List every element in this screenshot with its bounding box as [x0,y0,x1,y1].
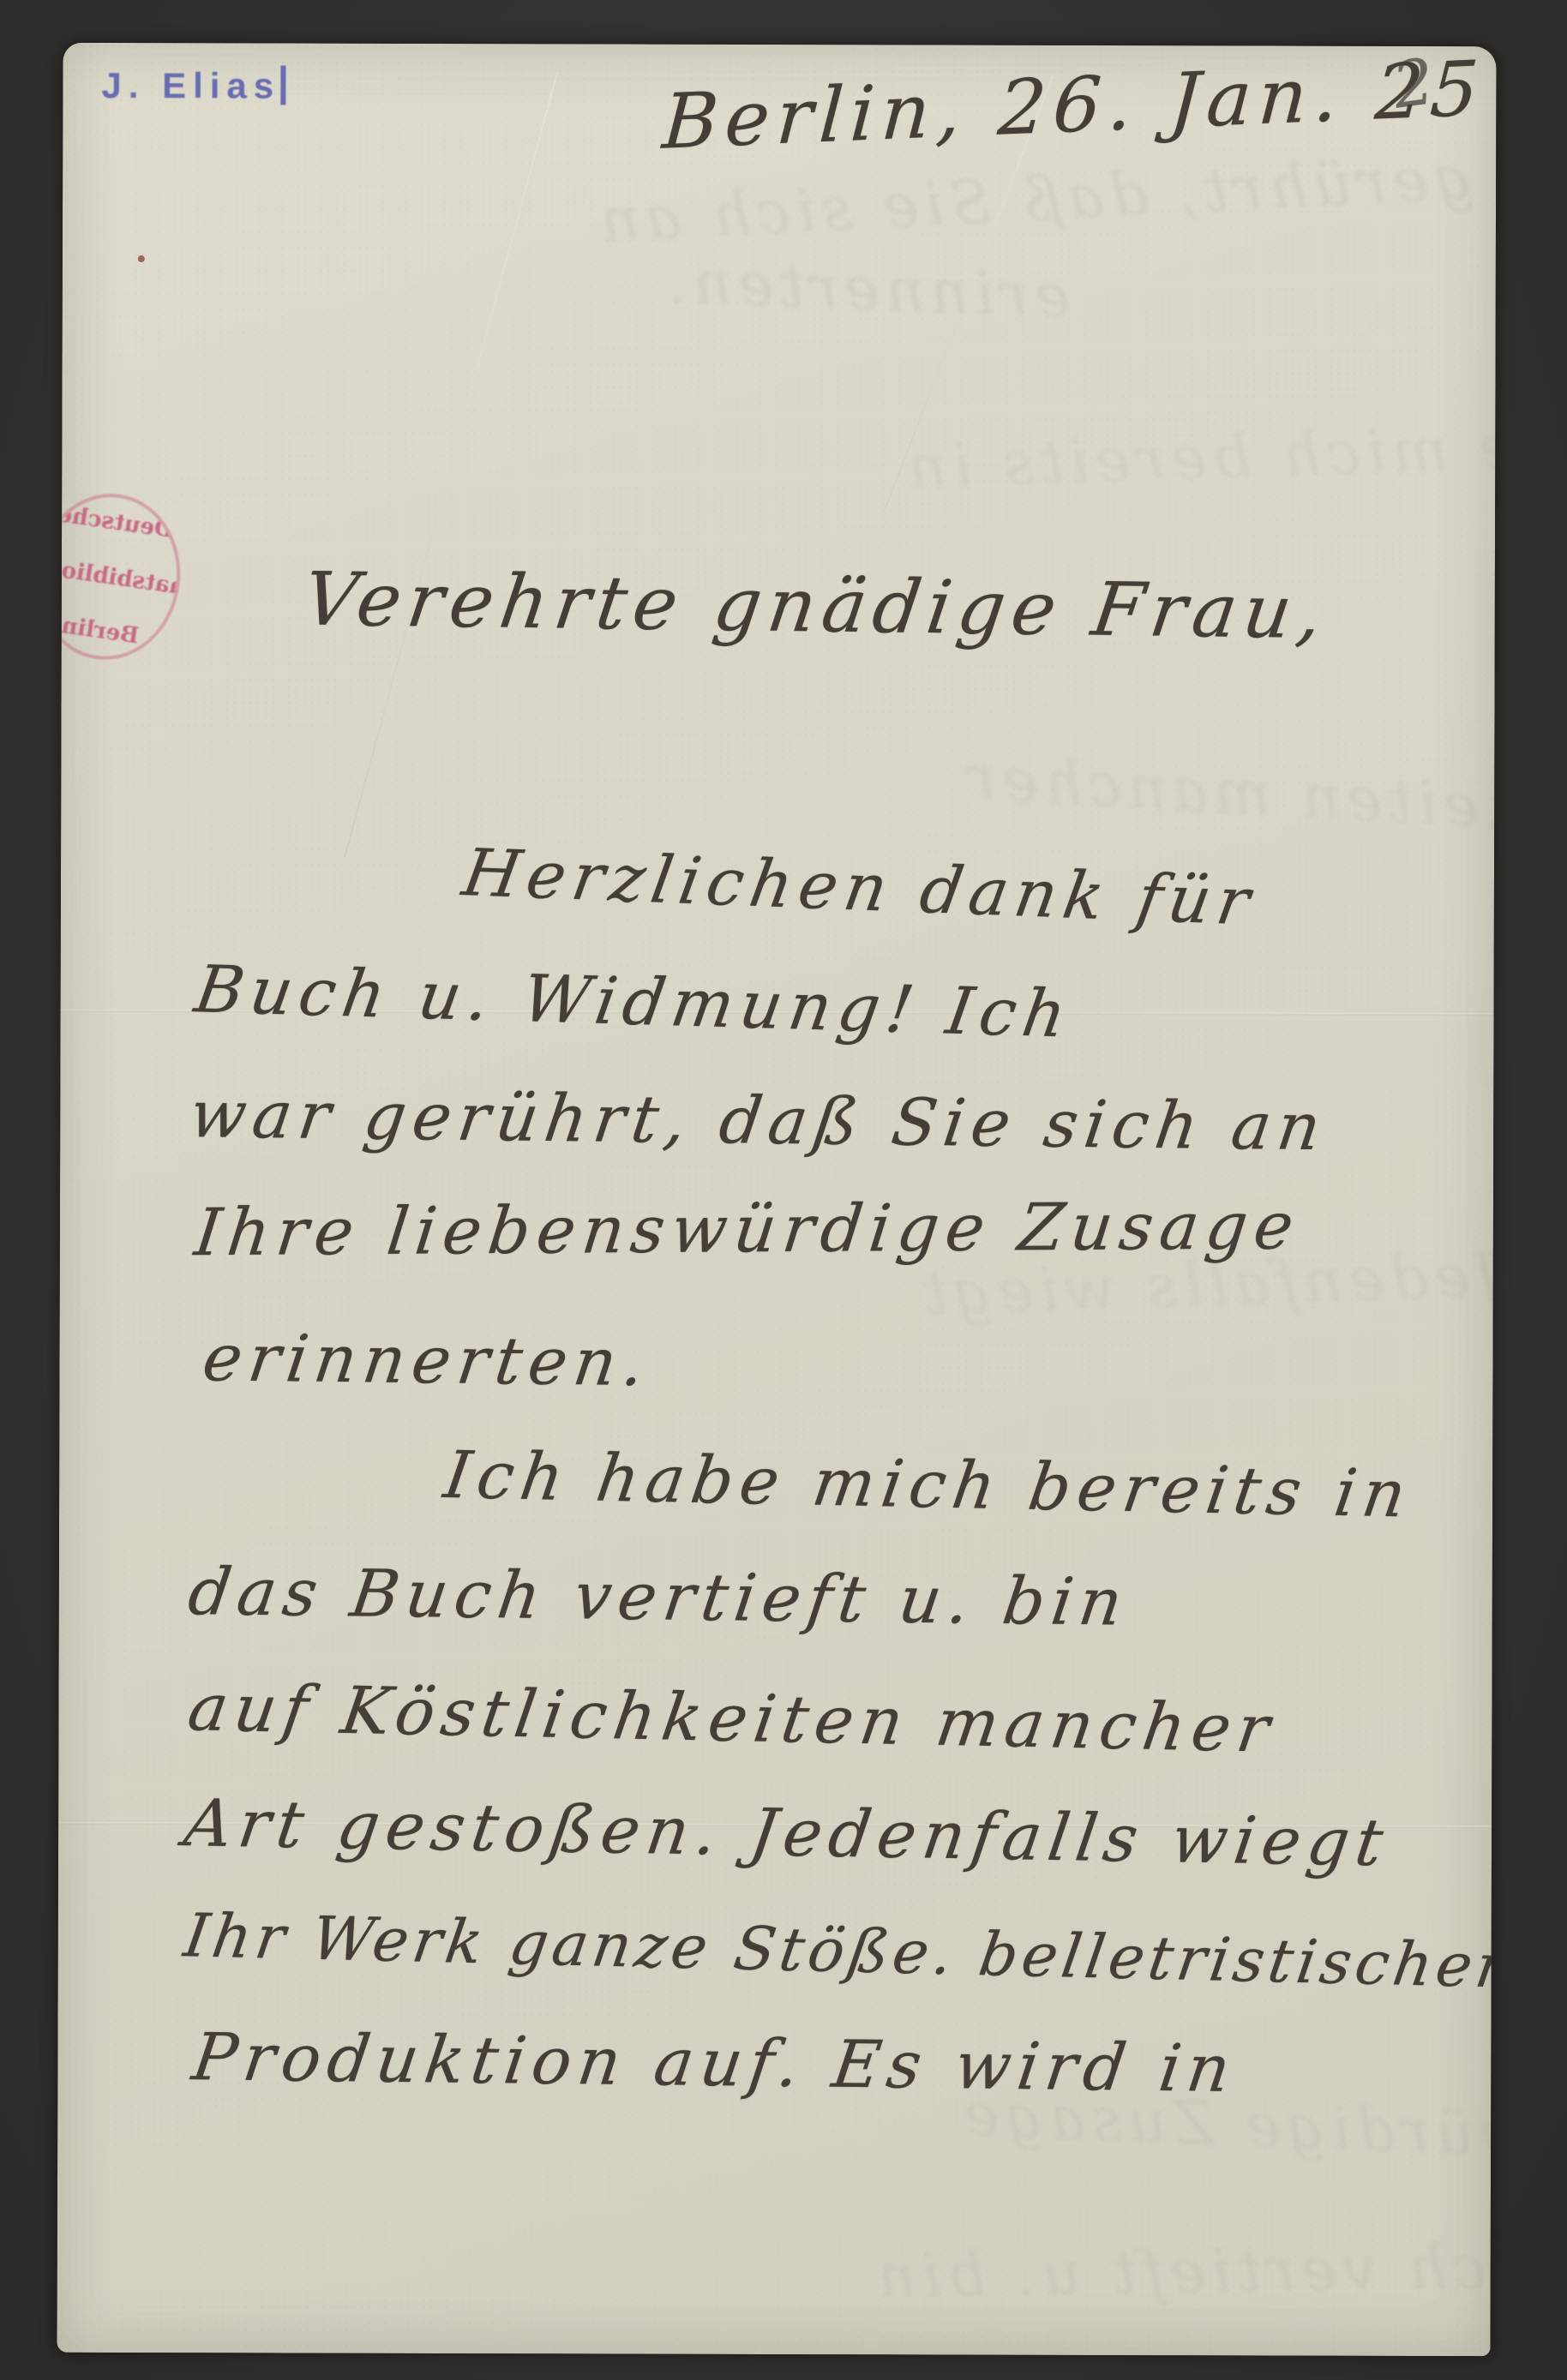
body-line: das Buch vertieft u. bin [184,1554,1133,1640]
body-line: auf Köstlichkeiten mancher [183,1670,1281,1766]
diagonal-crease [344,71,558,858]
body-line: Buch u. Widmung! Ich [190,951,1078,1051]
body-line: Art gestoßen. Jedenfalls wiegt [180,1785,1395,1879]
scan-background: { "letter": { "page_number": "2", "owner… [0,0,1567,2380]
bleedthrough-text: Ich habe mich bereits in [901,409,1496,497]
owner-stamp: J. Elias [101,65,285,107]
body-line: Herzlichen dank für [458,835,1262,939]
body-line: Ihre liebenswürdige Zusage [191,1188,1305,1269]
library-stamp-line: Staatsbibliothek [57,551,190,602]
stamp-smudge-bar [280,65,285,105]
body-line: Produktion auf. Es wird in [189,2019,1242,2106]
library-stamp-line: Berlin [60,614,141,648]
bleedthrough-text: erinnerten. [662,251,1072,327]
letter-page: war gerührt, daß Sie sich an erinnerten.… [57,43,1496,2356]
library-stamp-line: Deutsche [57,503,175,542]
body-line: war gerührt, daß Sie sich an [185,1076,1331,1164]
library-stamp: Deutsche Staatsbibliothek Berlin [57,484,190,669]
bleedthrough-text: auf Köstlichkeiten mancher [960,747,1496,862]
body-line: erinnerten. [199,1320,656,1400]
bleedthrough-text: das Buch vertieft u. bin [871,2233,1496,2306]
salutation: Verehrte gnädige Frau, [298,558,1334,656]
body-line: Ich habe mich bereits in [440,1437,1417,1532]
body-line: Ihr Werk ganze Stöße. belletristischer [180,1901,1497,2001]
owner-stamp-text: J. Elias [101,65,280,106]
paper-speck [138,255,145,262]
